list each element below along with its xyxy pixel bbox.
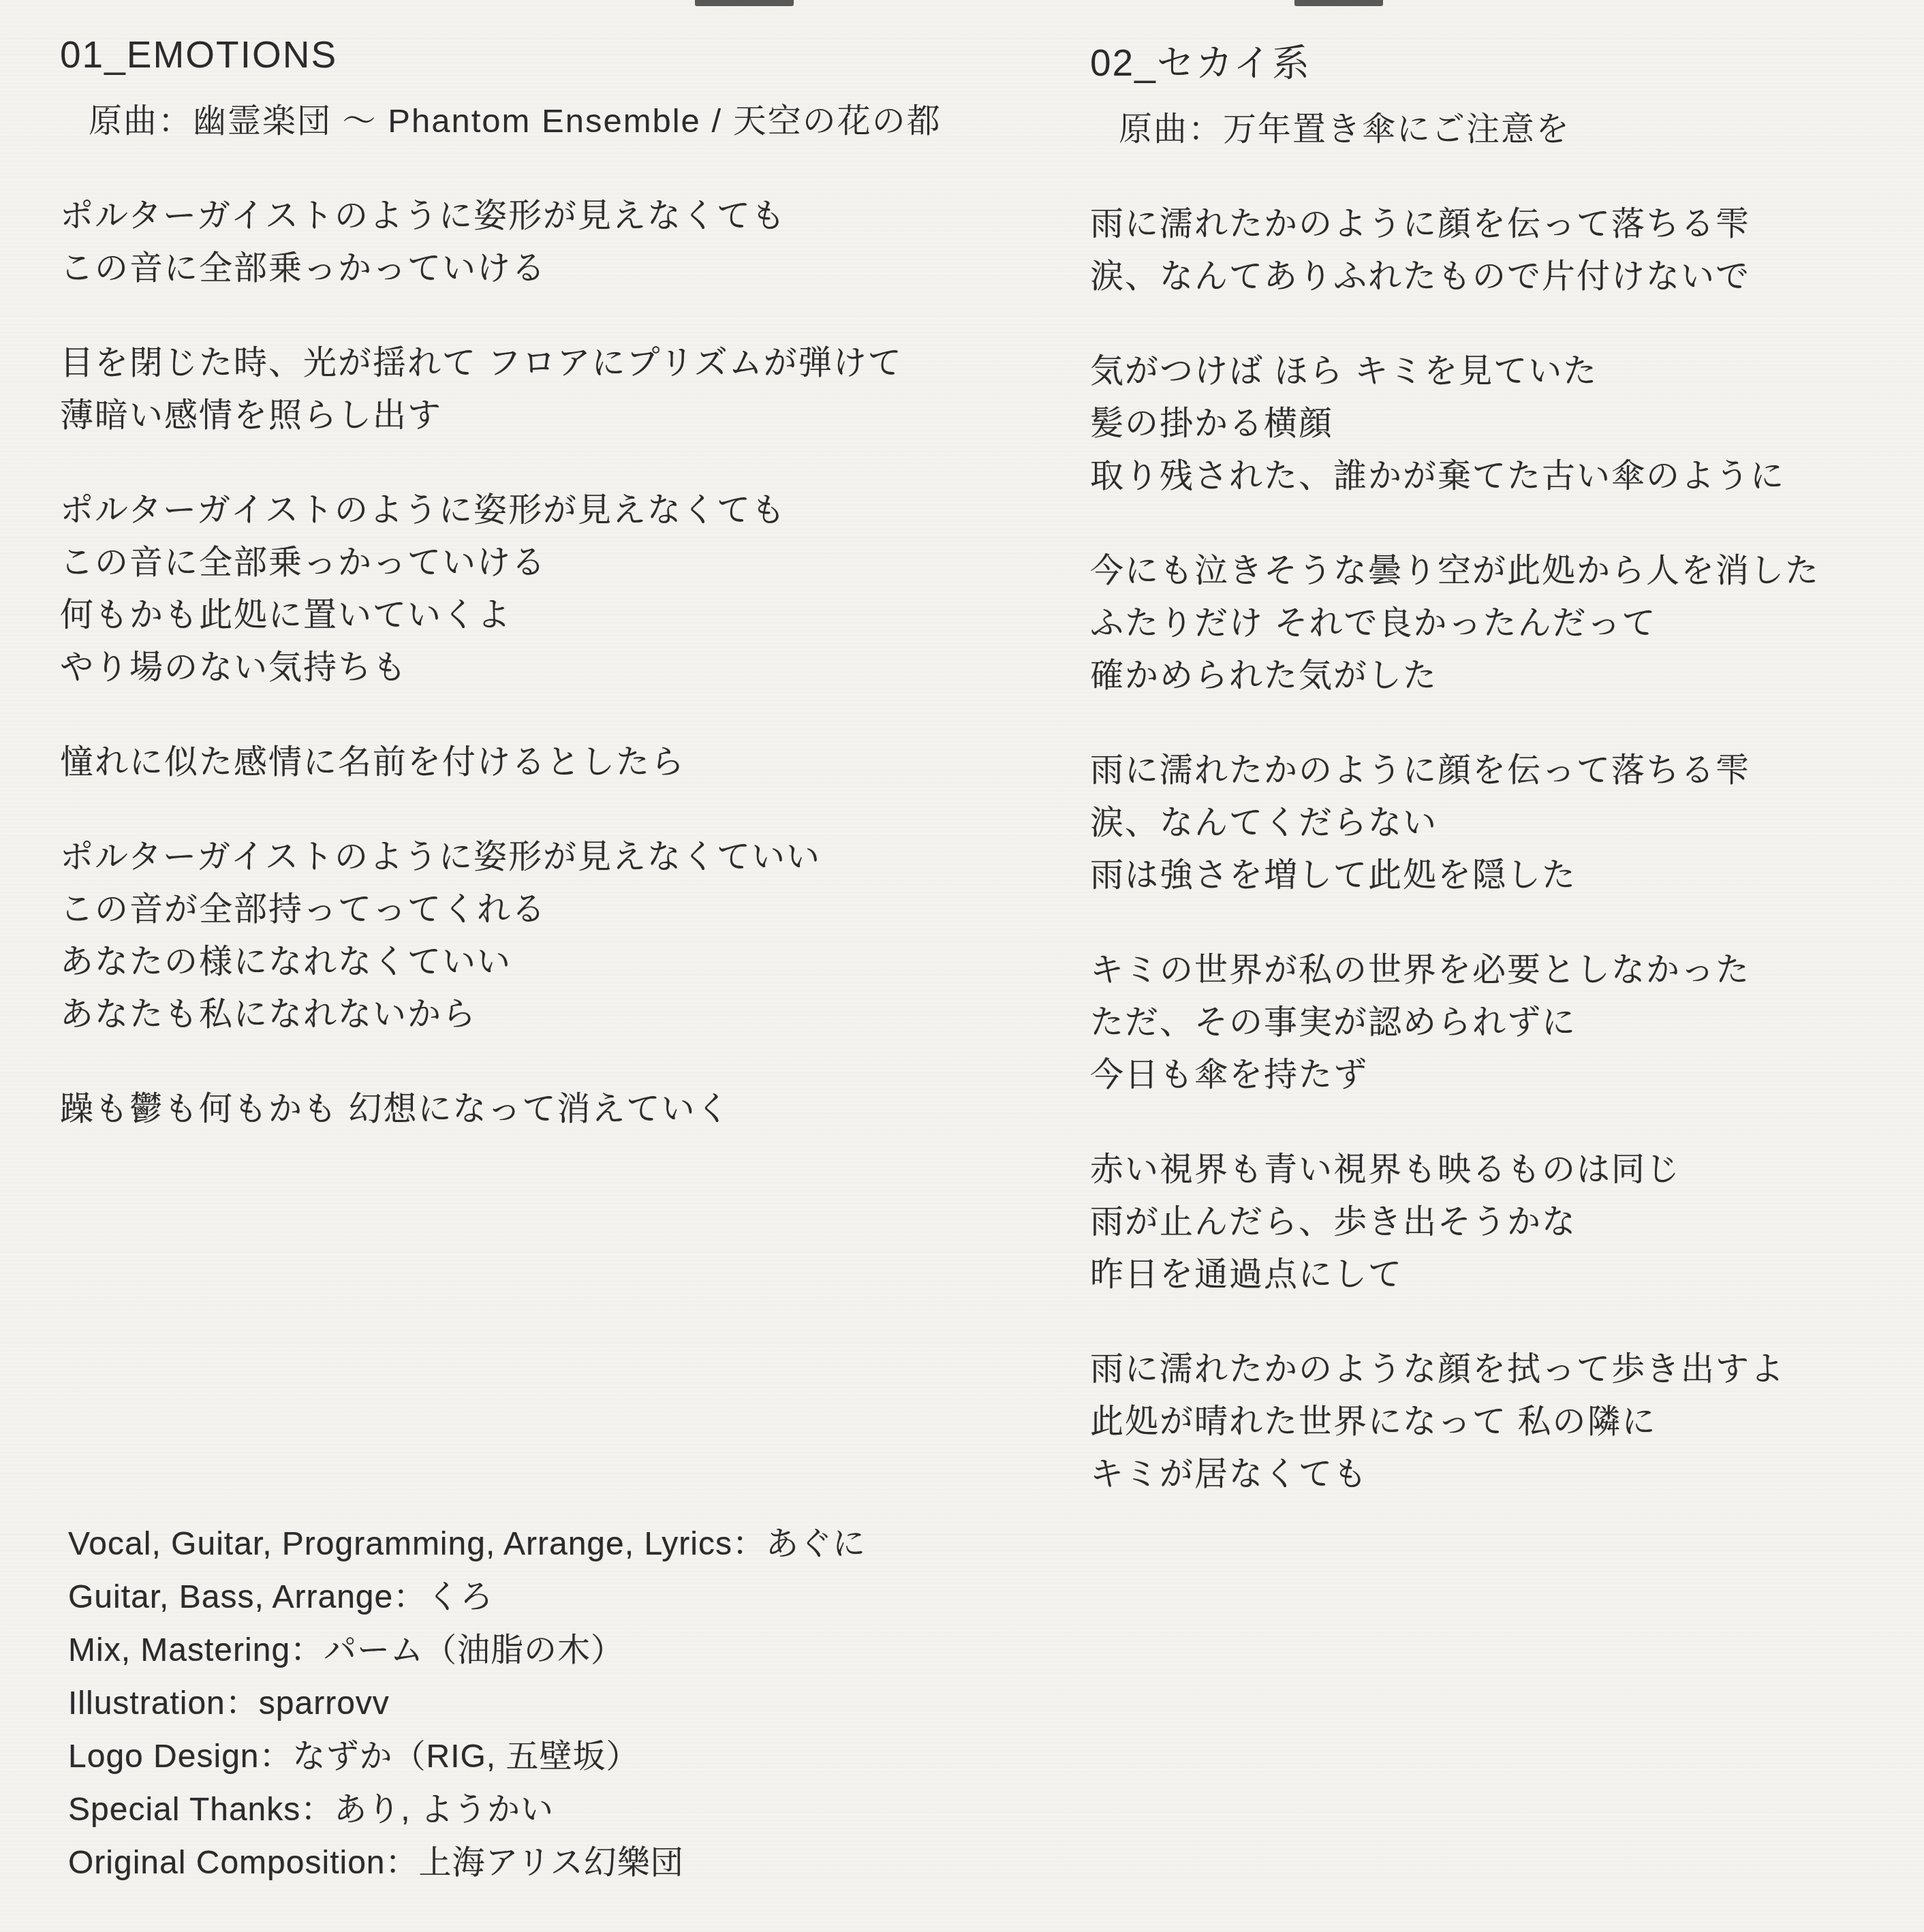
- lyric-line: 涙、なんてくだらない: [1090, 797, 1924, 850]
- scan-edge-mark: [695, 0, 794, 6]
- stanza: ポルターガイストのように姿形が見えなくても この音に全部乗っかっていける: [60, 190, 1014, 295]
- track-origin: 原曲：幽霊楽団 ～ Phantom Ensemble / 天空の花の都: [89, 95, 1014, 148]
- stanza: ポルターガイストのように姿形が見えなくていい この音が全部持ってってくれる あな…: [60, 831, 1014, 1041]
- stanza: 今にも泣きそうな曇り空が此処から人を消した ふたりだけ それで良かったんだって …: [1090, 545, 1924, 702]
- lyric-line: 確かめられた気がした: [1090, 650, 1924, 702]
- lyric-line: あなたの様になれなくていい: [60, 936, 1014, 988]
- credit-line: Logo Design：なずか（RIG, 五壁坂）: [68, 1730, 866, 1783]
- stanza: 雨に濡れたかのように顔を伝って落ちる雫 涙、なんてくだらない 雨は強さを増して此…: [1090, 745, 1924, 902]
- lyric-line: この音が全部持ってってくれる: [60, 884, 1014, 936]
- lyric-line: この音に全部乗っかっていける: [60, 243, 1014, 295]
- lyric-line: 躁も鬱も何もかも 幻想になって消えていく: [60, 1083, 1014, 1136]
- lyric-line: 涙、なんてありふれたもので片付けないで: [1090, 251, 1924, 303]
- lyric-line: 目を閉じた時、光が揺れて フロアにプリズムが弾けて: [60, 337, 1014, 390]
- track-title: 01_EMOTIONS: [60, 34, 1014, 75]
- stanza: 雨に濡れたかのような顔を拭って歩き出すよ 此処が晴れた世界になって 私の隣に キ…: [1090, 1343, 1924, 1501]
- credit-line: Special Thanks：あり, ようかい: [68, 1783, 866, 1837]
- scan-edge-mark: [1294, 0, 1383, 6]
- track-origin: 原曲：万年置き傘にご注意を: [1119, 104, 1924, 156]
- stanza: キミの世界が私の世界を必要としなかった ただ、その事実が認められずに 今日も傘を…: [1090, 944, 1924, 1102]
- stanza: ポルターガイストのように姿形が見えなくても この音に全部乗っかっていける 何もか…: [60, 484, 1014, 694]
- track-01-column: 01_EMOTIONS 原曲：幽霊楽団 ～ Phantom Ensemble /…: [60, 34, 1014, 1136]
- lyric-line: 何もかも此処に置いていくよ: [60, 589, 1014, 642]
- stanza: 雨に濡れたかのように顔を伝って落ちる雫 涙、なんてありふれたもので片付けないで: [1090, 198, 1924, 303]
- lyric-line: 雨は強さを増して此処を隠した: [1090, 850, 1924, 902]
- credit-line: Original Composition：上海アリス幻樂団: [68, 1837, 866, 1890]
- lyric-line: ただ、その事実が認められずに: [1090, 997, 1924, 1049]
- stanza: 目を閉じた時、光が揺れて フロアにプリズムが弾けて 薄暗い感情を照らし出す: [60, 337, 1014, 442]
- lyric-line: 今にも泣きそうな曇り空が此処から人を消した: [1090, 545, 1924, 597]
- lyric-line: やり場のない気持ちも: [60, 642, 1014, 694]
- stanza: 気がつけば ほら キミを見ていた 髪の掛かる横顔 取り残された、誰かが棄てた古い…: [1090, 345, 1924, 503]
- credit-line: Vocal, Guitar, Programming, Arrange, Lyr…: [68, 1518, 866, 1571]
- lyric-line: 今日も傘を持たず: [1090, 1049, 1924, 1102]
- lyric-line: ふたりだけ それで良かったんだって: [1090, 597, 1924, 650]
- lyric-line: 赤い視界も青い視界も映るものは同じ: [1090, 1144, 1924, 1196]
- lyric-line: あなたも私になれないから: [60, 988, 1014, 1041]
- credits-block: Vocal, Guitar, Programming, Arrange, Lyr…: [68, 1518, 866, 1890]
- lyric-line: 薄暗い感情を照らし出す: [60, 390, 1014, 442]
- track-02-column: 02_セカイ系 原曲：万年置き傘にご注意を 雨に濡れたかのように顔を伝って落ちる…: [1090, 42, 1924, 1501]
- lyric-line: ポルターガイストのように姿形が見えなくても: [60, 484, 1014, 537]
- lyric-line: 雨に濡れたかのように顔を伝って落ちる雫: [1090, 745, 1924, 797]
- lyric-line: 雨に濡れたかのように顔を伝って落ちる雫: [1090, 198, 1924, 251]
- lyric-line: 気がつけば ほら キミを見ていた: [1090, 345, 1924, 398]
- lyric-line: キミが居なくても: [1090, 1448, 1924, 1501]
- credit-line: Guitar, Bass, Arrange：くろ: [68, 1571, 866, 1624]
- lyric-line: 雨に濡れたかのような顔を拭って歩き出すよ: [1090, 1343, 1924, 1396]
- lyric-line: 憧れに似た感情に名前を付けるとしたら: [60, 736, 1014, 789]
- lyric-line: 昨日を通過点にして: [1090, 1249, 1924, 1301]
- lyric-line: この音に全部乗っかっていける: [60, 537, 1014, 589]
- lyric-line: 取り残された、誰かが棄てた古い傘のように: [1090, 450, 1924, 503]
- lyric-line: 此処が晴れた世界になって 私の隣に: [1090, 1396, 1924, 1448]
- track-title: 02_セカイ系: [1090, 42, 1924, 83]
- lyric-line: ポルターガイストのように姿形が見えなくていい: [60, 831, 1014, 884]
- stanza: 憧れに似た感情に名前を付けるとしたら: [60, 736, 1014, 789]
- lyric-line: キミの世界が私の世界を必要としなかった: [1090, 944, 1924, 997]
- stanza: 赤い視界も青い視界も映るものは同じ 雨が止んだら、歩き出そうかな 昨日を通過点に…: [1090, 1144, 1924, 1301]
- stanza: 躁も鬱も何もかも 幻想になって消えていく: [60, 1083, 1014, 1136]
- lyric-line: 雨が止んだら、歩き出そうかな: [1090, 1196, 1924, 1249]
- credit-line: Mix, Mastering：パーム（油脂の木）: [68, 1624, 866, 1677]
- credit-line: Illustration：sparrovv: [68, 1677, 866, 1730]
- lyric-line: ポルターガイストのように姿形が見えなくても: [60, 190, 1014, 243]
- lyric-line: 髪の掛かる横顔: [1090, 398, 1924, 450]
- lyrics-booklet-page: 01_EMOTIONS 原曲：幽霊楽団 ～ Phantom Ensemble /…: [0, 0, 1924, 1932]
